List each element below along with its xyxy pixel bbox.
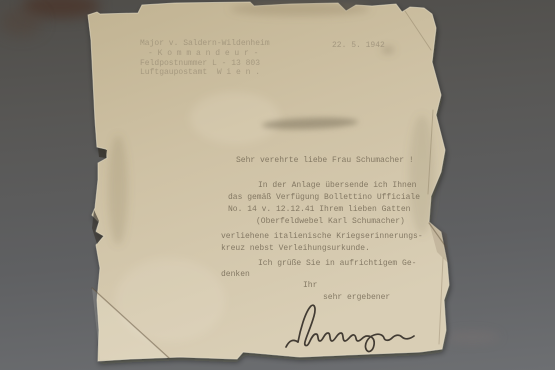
letter-paper: [0, 0, 555, 370]
photo-of-letter: Major v. Saldern-Wildenheim - K o m m a …: [0, 0, 555, 370]
